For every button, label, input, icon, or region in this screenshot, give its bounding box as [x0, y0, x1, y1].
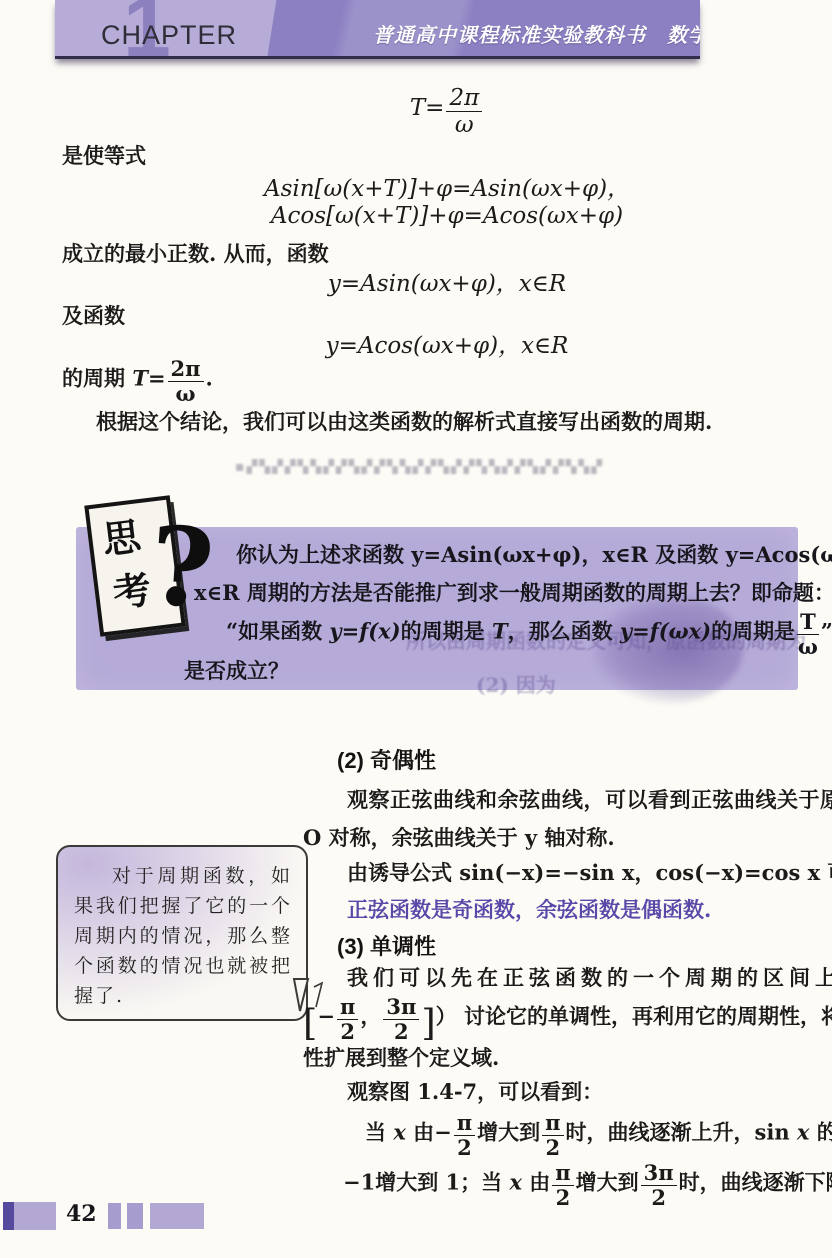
formula-asin-identity: Asin[ω(x+T)]+φ=Asin(ωx+φ)，	[62, 170, 832, 203]
section2-heading: (2) 奇偶性	[337, 744, 436, 775]
section3-paragraph4: −1增大到 1；当 x 由π2增大到3π2时，曲线逐渐下降，sin x	[343, 1162, 832, 1209]
footer-light-bar-decoration	[14, 1202, 56, 1230]
chapter-header-band: 1 CHAPTER 普通高中课程标准实验教科书 数学 4	[55, 0, 700, 59]
think-char-si: 思	[99, 505, 143, 564]
footer-square-decoration-1	[108, 1203, 121, 1229]
section2-paragraph2: 由诱导公式 sin(−x)=−sin x，cos(−x)=cos x 可知：	[347, 857, 832, 890]
section3-paragraph2: 观察图 1.4-7，可以看到：	[347, 1076, 603, 1109]
think-question-line3: “如果函数 y=f(x)的周期是 T，那么函数 y=f(ωx)的周期是Tω”	[226, 611, 832, 658]
page-bleedthrough-decoration: ▪▞▚▞▞▚▚▞▞▚▞▞▚▚▞▞▚▞▞▚▚▞▞▚▞▞▚▚▞	[235, 459, 735, 474]
book-title: 普通高中课程标准实验教科书 数学 4	[373, 19, 700, 48]
section3-paragraph3: 当 x 由−π2增大到π2时，曲线逐渐上升，sin x 的值由	[365, 1112, 832, 1159]
footer-square-decoration-2	[127, 1203, 143, 1229]
formula-y-asin: y=Asin(ωx+φ)，x∈R	[62, 265, 832, 298]
chapter-label: CHAPTER	[101, 20, 237, 51]
text-de-zhouqi: 的周期 T=2πω.	[62, 358, 213, 405]
formula-period-T: T=2πω	[62, 86, 832, 137]
text-genju-jielun: 根据这个结论，我们可以由这类函数的解析式直接写出函数的周期.	[96, 406, 712, 439]
think-icon: 思 考 ?	[74, 492, 224, 662]
margin-note: 对于周期函数，如果我们把握了它的一个周期内的情况，那么整个函数的情况也就被把握了…	[56, 845, 308, 1021]
text-shi-shi-dengshi: 是使等式	[62, 140, 146, 173]
think-box-bleedthrough-text-2: (2) 因为	[476, 669, 556, 698]
footer-wide-bar-decoration	[150, 1203, 204, 1229]
section2-paragraph1-line1: 观察正弦曲线和余弦曲线，可以看到正弦曲线关于原点	[347, 784, 832, 817]
section3-paragraph1-line3: 性扩展到整个定义域.	[303, 1042, 499, 1075]
section3-heading: (3) 单调性	[337, 930, 436, 961]
textbook-page: { "header": { "chapter_label": "CHAPTER"…	[0, 0, 832, 1258]
formula-acos-identity: Acos[ω(x+T)]+φ=Acos(ωx+φ)	[62, 203, 832, 229]
section2-highlight-conclusion: 正弦函数是奇函数，余弦函数是偶函数.	[347, 894, 711, 927]
section3-paragraph1-line1: 我们可以先在正弦函数的一个周期的区间上（如	[347, 962, 832, 995]
question-mark-icon: ?	[146, 512, 217, 624]
page-number: 42	[66, 1201, 97, 1227]
main-text-column: (2) 奇偶性 观察正弦曲线和余弦曲线，可以看到正弦曲线关于原点 O 对称，余弦…	[303, 744, 813, 1214]
margin-note-text: 对于周期函数，如果我们把握了它的一个周期内的情况，那么整个函数的情况也就被把握了…	[74, 861, 292, 1011]
section3-paragraph1-line2: [−π2，3π2]） 讨论它的单调性，再利用它的周期性，将单调	[303, 996, 832, 1043]
section2-paragraph1-line2: O 对称，余弦曲线关于 y 轴对称.	[303, 822, 615, 855]
think-question-line2: x∈R 周期的方法是否能推广到求一般周期函数的周期上去？即命题：	[194, 577, 832, 607]
think-question-line1: 你认为上述求函数 y=Asin(ωx+φ)，x∈R 及函数 y=Acos(ωx+…	[236, 539, 832, 569]
footer-dark-square-decoration	[3, 1202, 14, 1230]
